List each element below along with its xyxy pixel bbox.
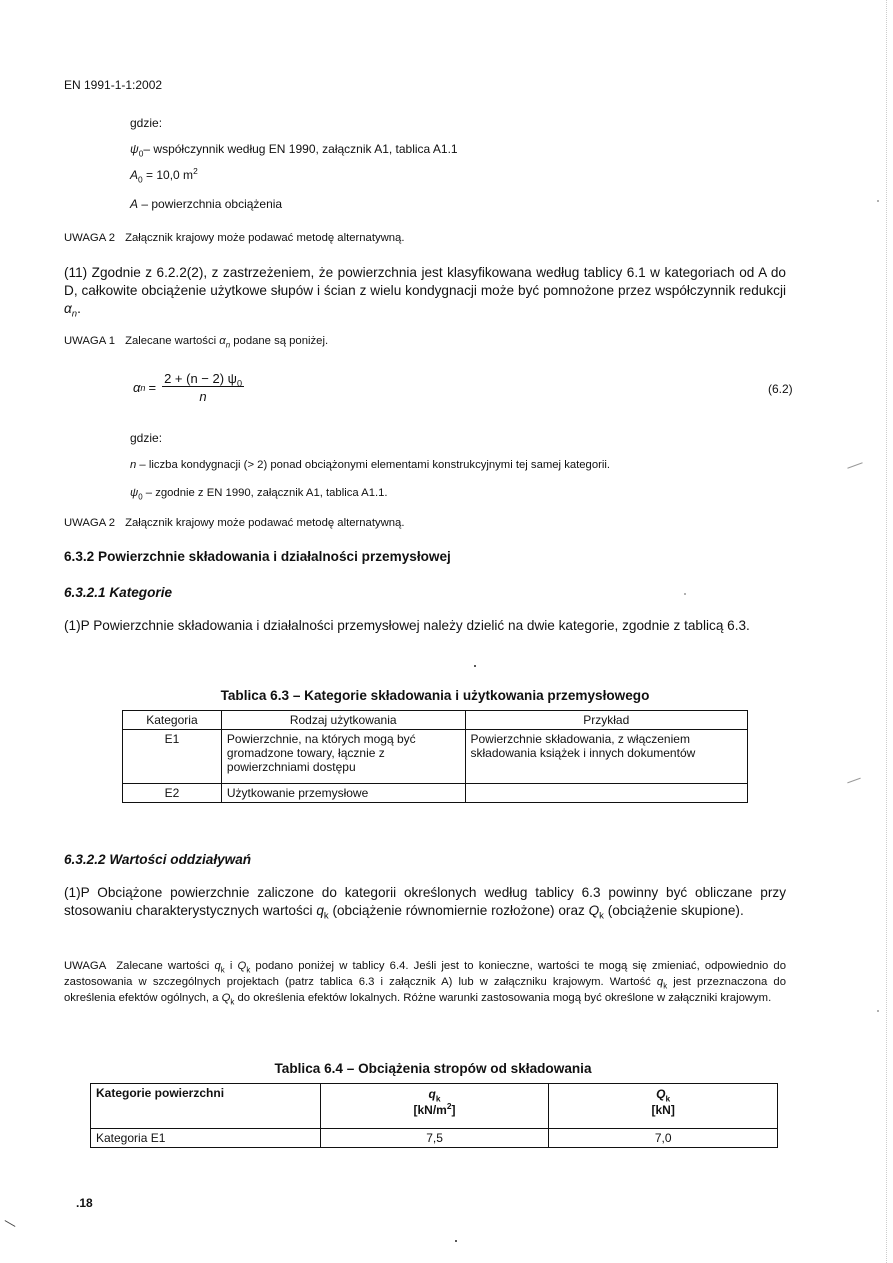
scan-speck <box>684 593 686 595</box>
scan-speck <box>877 200 879 202</box>
page-number: .18 <box>76 1196 93 1210</box>
table-6-3: Kategoria Rodzaj użytkowania Przykład E1… <box>122 710 748 803</box>
paragraph-1p-action-values: (1)P Obciążone powierzchnie zaliczone do… <box>64 884 786 920</box>
table-row: Kategoria E1 7,5 7,0 <box>91 1129 778 1148</box>
cell-usage-type: Powierzchnie, na których mogą być gromad… <box>221 730 465 784</box>
header-qk: qk [kN/m2] <box>320 1084 549 1129</box>
cell-example: Powierzchnie składowania, z włączeniem s… <box>465 730 748 784</box>
a0-definition: A0 = 10,0 m2 <box>130 168 198 182</box>
cell-Qk-value: 7,0 <box>549 1129 778 1148</box>
note-2-alternative-method: UWAGA 2Załącznik krajowy może podawać me… <box>64 232 404 244</box>
standard-header: EN 1991-1-1:2002 <box>64 78 162 92</box>
a-definition: A – powierzchnia obciążenia <box>130 197 282 211</box>
paragraph-11: (11) Zgodnie z 6.2.2(2), z zastrzeżeniem… <box>64 264 786 318</box>
header-category: Kategoria <box>123 711 222 730</box>
equation-fraction: 2 + (n − 2) ψ0 n <box>162 371 244 404</box>
cell-category: E2 <box>123 784 222 803</box>
equation-number: (6.2) <box>768 382 793 396</box>
section-heading-6-3-2: 6.3.2 Powierzchnie składowania i działal… <box>64 549 451 564</box>
table-header-row: Kategorie powierzchni qk [kN/m2] Qk [kN] <box>91 1084 778 1129</box>
note-1-recommended-values: UWAGA 1Zalecane wartości αn podane są po… <box>64 335 328 347</box>
header-area-category: Kategorie powierzchni <box>91 1084 321 1129</box>
cell-usage-type: Użytkowanie przemysłowe <box>221 784 465 803</box>
note-recommended-qk-Qk: UWAGAZalecane wartości qk i Qk podano po… <box>64 958 786 1006</box>
psi0-definition: ψ0– współczynnik według EN 1990, załączn… <box>130 142 458 156</box>
scan-mark <box>5 1220 16 1227</box>
table-row: E1 Powierzchnie, na których mogą być gro… <box>123 730 748 784</box>
equation-6-2: αn = 2 + (n − 2) ψ0 n <box>133 371 244 404</box>
scan-speck <box>474 665 476 667</box>
header-usage-type: Rodzaj użytkowania <box>221 711 465 730</box>
scan-mark <box>847 778 860 784</box>
scan-speck <box>877 1010 879 1012</box>
psi0-definition-2: ψ0 – zgodnie z EN 1990, załącznik A1, ta… <box>130 487 388 499</box>
paragraph-1p-categories: (1)P Powierzchnie składowania i działaln… <box>64 617 786 635</box>
table-6-3-caption: Tablica 6.3 – Kategorie składowania i uż… <box>122 688 748 703</box>
table-6-4-caption: Tablica 6.4 – Obciążenia stropów od skła… <box>90 1061 776 1076</box>
cell-example <box>465 784 748 803</box>
scan-speck <box>455 1240 457 1242</box>
scan-edge <box>886 0 893 1263</box>
section-heading-6-3-2-2: 6.3.2.2 Wartości oddziaływań <box>64 852 251 867</box>
header-example: Przykład <box>465 711 748 730</box>
table-row: E2 Użytkowanie przemysłowe <box>123 784 748 803</box>
where-label-2: gdzie: <box>130 431 162 445</box>
table-6-4: Kategorie powierzchni qk [kN/m2] Qk [kN]… <box>90 1083 778 1148</box>
cell-category: E1 <box>123 730 222 784</box>
note-2-alternative-method-b: UWAGA 2Załącznik krajowy może podawać me… <box>64 517 404 529</box>
header-Qk: Qk [kN] <box>549 1084 778 1129</box>
scan-mark <box>847 462 862 468</box>
n-definition: n – liczba kondygnacji (> 2) ponad obcią… <box>130 459 610 471</box>
table-header-row: Kategoria Rodzaj użytkowania Przykład <box>123 711 748 730</box>
where-label: gdzie: <box>130 116 162 130</box>
cell-area-category: Kategoria E1 <box>91 1129 321 1148</box>
section-heading-6-3-2-1: 6.3.2.1 Kategorie <box>64 585 172 600</box>
cell-qk-value: 7,5 <box>320 1129 549 1148</box>
